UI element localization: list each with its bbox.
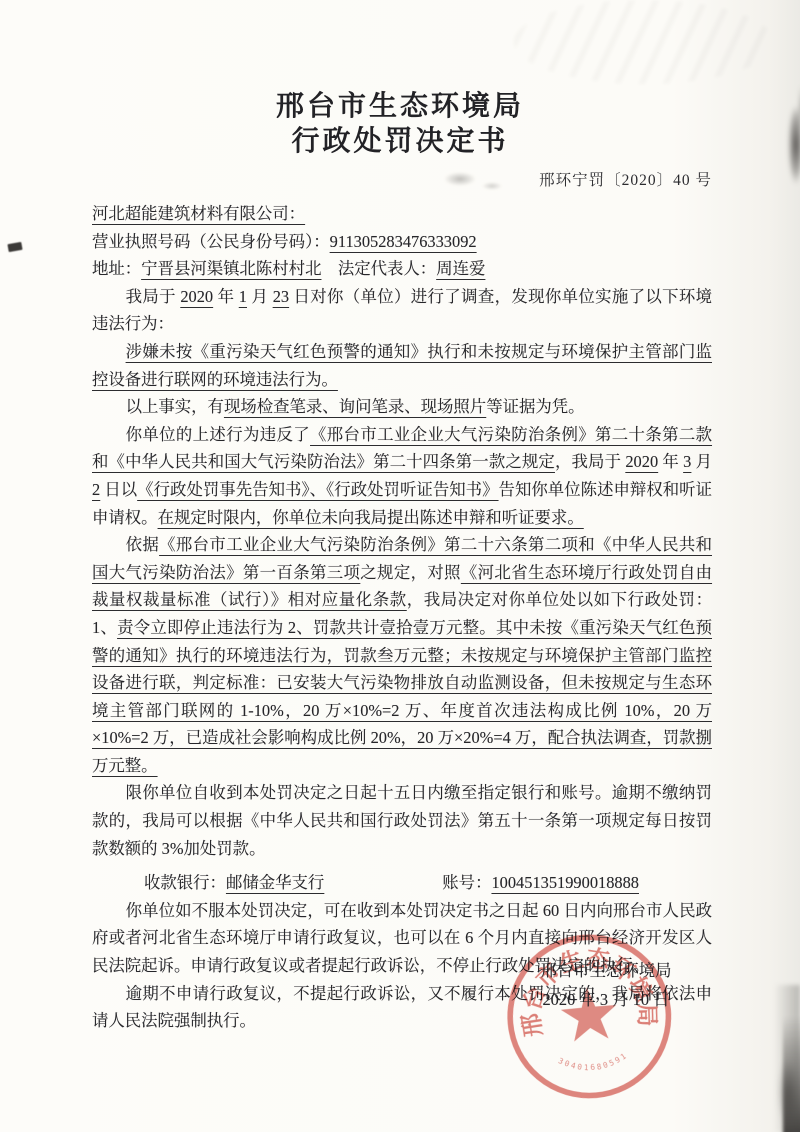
text-segment: 在规定时限内，你单位未向我局提出陈述申辩和听证要求。 (158, 508, 584, 527)
account-number: 100451351990018888 (491, 873, 639, 892)
company-name: 河北超能建筑材料有限公司： (92, 204, 305, 223)
document-body: 河北超能建筑材料有限公司： 营业执照号码（公民身份号码）：91130528347… (92, 200, 712, 1035)
license-line: 营业执照号码（公民身份号码）：911305283476333092 (92, 228, 712, 256)
text-segment: 2020 (180, 287, 213, 306)
bank-name: 邮储金华支行 (226, 873, 324, 892)
text-segment: 依据 (126, 535, 160, 554)
document-number: 邢环宁罚〔2020〕40 号 (0, 168, 712, 190)
text-segment: 月 (691, 452, 712, 471)
text-segment: 年 (658, 452, 683, 471)
document-title: 邢台市生态环境局 行政处罚决定书 (0, 0, 800, 158)
address-label: 地址： (92, 259, 141, 278)
legal-rep-label: 法定代表人： (321, 259, 436, 278)
address-line: 地址：宁晋县河渠镇北陈村村北 法定代表人：周连爱 (92, 255, 712, 283)
legal-rep-value: 周连爱 (436, 259, 485, 278)
paragraph-penalty: 依据《邢台市工业企业大气污染防治条例》第二十六条第二项和《中华人民共和国大气污染… (92, 531, 712, 779)
text-segment: 限你单位自收到本处罚决定之日起十五日内缴至指定银行和账号。逾期不缴纳罚款的，我局… (92, 783, 712, 857)
bank-line: 收款银行：邮储金华支行账号：100451351990018888 (92, 869, 712, 897)
text-segment: 以上事实，有 (126, 397, 224, 416)
text-segment: 之规定，对照 (360, 563, 461, 582)
paragraph-evidence: 以上事实，有现场检查笔录、询问笔录、现场照片等证据为凭。 (92, 393, 712, 421)
signature-org: 邢台市生态环境局 (496, 956, 716, 985)
text-segment: ，我局于 (555, 452, 625, 471)
scanned-document-page: 邢台市生态环境局 行政处罚决定书 邢环宁罚〔2020〕40 号 河北超能建筑材料… (0, 0, 800, 1132)
license-label: 营业执照号码（公民身份号码）： (92, 232, 330, 251)
scan-mark-left-edge (7, 242, 22, 252)
signature-block: 邢台市生态环境局 2020 年 3 月 10 日 (496, 956, 716, 1014)
text-segment: 责令立即停止违法行为 2、罚款共计壹拾壹万元整。其中未按《重污染天气红色预警的通… (92, 618, 712, 775)
text-segment: 日以 (100, 480, 137, 499)
scan-streak-bottom-right-edge (783, 1016, 800, 1132)
text-segment: 《行政处罚事先告知书》、《行政处罚听证告知书》 (137, 480, 498, 499)
paragraph-payment-deadline: 限你单位自收到本处罚决定之日起十五日内缴至指定银行和账号。逾期不缴纳罚款的，我局… (92, 779, 712, 862)
paragraph-investigation: 我局于 2020 年 1 月 23 日对你（单位）进行了调查，发现你单位实施了以… (92, 283, 712, 338)
text-segment: 年 (213, 287, 239, 306)
title-line-2: 行政处罚决定书 (0, 123, 800, 158)
text-segment: 月 (247, 287, 273, 306)
paragraph-legal-basis: 你单位的上述行为违反了《邢台市工业企业大气污染防治条例》第二十条第二款和《中华人… (92, 421, 712, 531)
text-segment: 我局于 (126, 287, 181, 306)
signature-date: 2020 年 3 月 10 日 (496, 985, 716, 1014)
text-segment: 等证据为凭。 (486, 397, 584, 416)
text-segment: 2 (92, 480, 100, 499)
text-segment: 你单位的上述行为违反了 (126, 425, 310, 444)
title-line-1: 邢台市生态环境局 (0, 88, 800, 123)
text-segment: 1 (239, 287, 247, 306)
account-label: 账号： (442, 873, 491, 892)
text-segment: 涉嫌未按《重污染天气红色预警的通知》执行和未按规定与环境保护主管部门监控设备进行… (92, 342, 712, 389)
address-value: 宁晋县河渠镇北陈村村北 (141, 259, 321, 278)
text-segment: 23 (273, 287, 289, 306)
bank-label: 收款银行： (144, 873, 226, 892)
recipient-company-line: 河北超能建筑材料有限公司： (92, 200, 712, 228)
scan-gray-strip-right (774, 985, 800, 1132)
text-segment: 2020 (625, 452, 658, 471)
text-segment: 现场检查笔录、询问笔录、现场照片 (224, 397, 486, 416)
paragraph-violation: 涉嫌未按《重污染天气红色预警的通知》执行和未按规定与环境保护主管部门监控设备进行… (92, 338, 712, 393)
license-number: 911305283476333092 (330, 232, 477, 251)
